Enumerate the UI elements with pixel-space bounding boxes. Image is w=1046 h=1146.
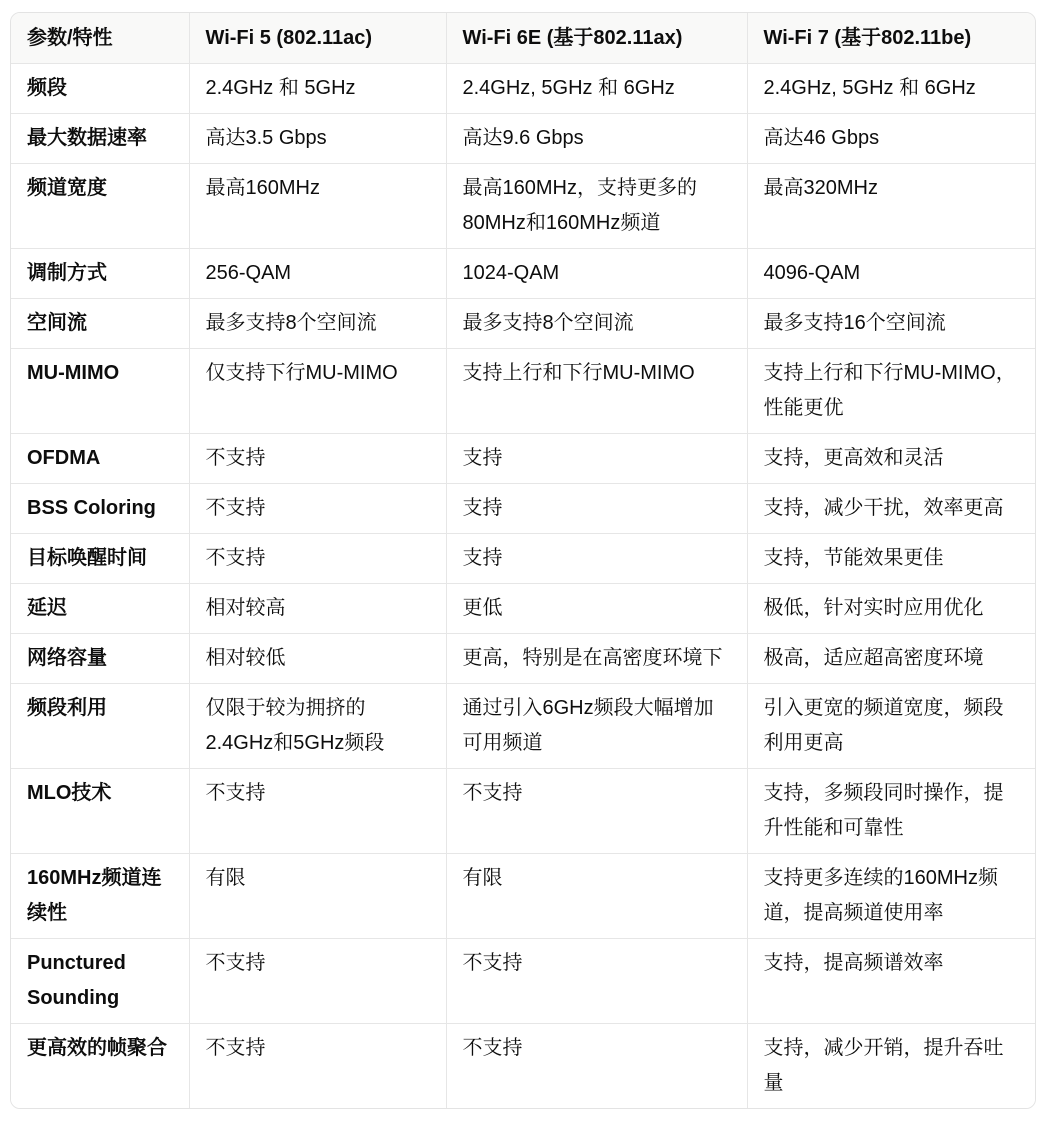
table-cell: 不支持 (189, 939, 446, 1024)
table-row: MU-MIMO仅支持下行MU-MIMO支持上行和下行MU-MIMO支持上行和下行… (11, 349, 1036, 434)
table-cell: 支持，更高效和灵活 (747, 434, 1036, 484)
table-cell: 高达46 Gbps (747, 114, 1036, 164)
row-header: 网络容量 (11, 634, 189, 684)
row-header: MLO技术 (11, 769, 189, 854)
table-row: 频道宽度最高160MHz最高160MHz，支持更多的80MHz和160MHz频道… (11, 164, 1036, 249)
table-row: 延迟相对较高更低极低，针对实时应用优化 (11, 584, 1036, 634)
row-header: OFDMA (11, 434, 189, 484)
table-cell: 最高160MHz (189, 164, 446, 249)
table-cell: 不支持 (446, 939, 747, 1024)
table-body: 频段2.4GHz 和 5GHz2.4GHz, 5GHz 和 6GHz2.4GHz… (11, 64, 1036, 1109)
table-cell: 仅支持下行MU-MIMO (189, 349, 446, 434)
table-cell: 极高，适应超高密度环境 (747, 634, 1036, 684)
table-cell: 最多支持8个空间流 (446, 299, 747, 349)
table-cell: 2.4GHz 和 5GHz (189, 64, 446, 114)
table-cell: 最高320MHz (747, 164, 1036, 249)
table-cell: 支持 (446, 484, 747, 534)
table-cell: 支持，多频段同时操作，提升性能和可靠性 (747, 769, 1036, 854)
table-cell: 256-QAM (189, 249, 446, 299)
table-row: MLO技术不支持不支持支持，多频段同时操作，提升性能和可靠性 (11, 769, 1036, 854)
table-cell: 2.4GHz, 5GHz 和 6GHz (747, 64, 1036, 114)
table-cell: 高达3.5 Gbps (189, 114, 446, 164)
row-header: 空间流 (11, 299, 189, 349)
table-row: 网络容量相对较低更高，特别是在高密度环境下极高，适应超高密度环境 (11, 634, 1036, 684)
row-header: 延迟 (11, 584, 189, 634)
table-cell: 2.4GHz, 5GHz 和 6GHz (446, 64, 747, 114)
table-cell: 最多支持8个空间流 (189, 299, 446, 349)
table-cell: 支持上行和下行MU-MIMO (446, 349, 747, 434)
table-cell: 相对较低 (189, 634, 446, 684)
table-cell: 不支持 (189, 769, 446, 854)
table-cell: 4096-QAM (747, 249, 1036, 299)
table-cell: 支持，提高频谱效率 (747, 939, 1036, 1024)
row-header: 更高效的帧聚合 (11, 1024, 189, 1109)
table-row: BSS Coloring不支持支持支持，减少干扰，效率更高 (11, 484, 1036, 534)
column-header: 参数/特性 (11, 13, 189, 64)
table-cell: 不支持 (189, 534, 446, 584)
table-cell: 最多支持16个空间流 (747, 299, 1036, 349)
wifi-comparison-table-container: 参数/特性Wi-Fi 5 (802.11ac)Wi-Fi 6E (基于802.1… (10, 12, 1036, 1109)
table-row: Punctured Sounding不支持不支持支持，提高频谱效率 (11, 939, 1036, 1024)
header-row: 参数/特性Wi-Fi 5 (802.11ac)Wi-Fi 6E (基于802.1… (11, 13, 1036, 64)
row-header: 频段 (11, 64, 189, 114)
table-header: 参数/特性Wi-Fi 5 (802.11ac)Wi-Fi 6E (基于802.1… (11, 13, 1036, 64)
table-row: 160MHz频道连续性有限有限支持更多连续的160MHz频道，提高频道使用率 (11, 854, 1036, 939)
row-header: 160MHz频道连续性 (11, 854, 189, 939)
table-cell: 不支持 (446, 1024, 747, 1109)
row-header: Punctured Sounding (11, 939, 189, 1024)
table-row: 目标唤醒时间不支持支持支持，节能效果更佳 (11, 534, 1036, 584)
column-header: Wi-Fi 5 (802.11ac) (189, 13, 446, 64)
table-cell: 不支持 (446, 769, 747, 854)
table-row: 频段利用仅限于较为拥挤的2.4GHz和5GHz频段通过引入6GHz频段大幅增加可… (11, 684, 1036, 769)
table-cell: 仅限于较为拥挤的2.4GHz和5GHz频段 (189, 684, 446, 769)
column-header: Wi-Fi 7 (基于802.11be) (747, 13, 1036, 64)
table-cell: 支持，减少干扰，效率更高 (747, 484, 1036, 534)
table-row: 最大数据速率高达3.5 Gbps高达9.6 Gbps高达46 Gbps (11, 114, 1036, 164)
row-header: 频道宽度 (11, 164, 189, 249)
table-cell: 有限 (189, 854, 446, 939)
table-cell: 1024-QAM (446, 249, 747, 299)
table-row: OFDMA不支持支持支持，更高效和灵活 (11, 434, 1036, 484)
table-cell: 不支持 (189, 1024, 446, 1109)
table-cell: 最高160MHz，支持更多的80MHz和160MHz频道 (446, 164, 747, 249)
row-header: 最大数据速率 (11, 114, 189, 164)
wifi-comparison-table: 参数/特性Wi-Fi 5 (802.11ac)Wi-Fi 6E (基于802.1… (11, 13, 1036, 1108)
table-row: 空间流最多支持8个空间流最多支持8个空间流最多支持16个空间流 (11, 299, 1036, 349)
table-cell: 更低 (446, 584, 747, 634)
page: 参数/特性Wi-Fi 5 (802.11ac)Wi-Fi 6E (基于802.1… (0, 0, 1046, 1146)
table-cell: 支持 (446, 534, 747, 584)
table-cell: 支持，减少开销，提升吞吐量 (747, 1024, 1036, 1109)
table-cell: 极低，针对实时应用优化 (747, 584, 1036, 634)
table-cell: 不支持 (189, 434, 446, 484)
table-cell: 高达9.6 Gbps (446, 114, 747, 164)
row-header: MU-MIMO (11, 349, 189, 434)
table-cell: 有限 (446, 854, 747, 939)
row-header: 频段利用 (11, 684, 189, 769)
row-header: 调制方式 (11, 249, 189, 299)
table-cell: 通过引入6GHz频段大幅增加可用频道 (446, 684, 747, 769)
column-header: Wi-Fi 6E (基于802.11ax) (446, 13, 747, 64)
table-cell: 支持上行和下行MU-MIMO，性能更优 (747, 349, 1036, 434)
table-cell: 引入更宽的频道宽度，频段利用更高 (747, 684, 1036, 769)
table-row: 更高效的帧聚合不支持不支持支持，减少开销，提升吞吐量 (11, 1024, 1036, 1109)
table-cell: 支持，节能效果更佳 (747, 534, 1036, 584)
table-cell: 更高，特别是在高密度环境下 (446, 634, 747, 684)
row-header: 目标唤醒时间 (11, 534, 189, 584)
table-row: 调制方式256-QAM1024-QAM4096-QAM (11, 249, 1036, 299)
table-row: 频段2.4GHz 和 5GHz2.4GHz, 5GHz 和 6GHz2.4GHz… (11, 64, 1036, 114)
table-cell: 不支持 (189, 484, 446, 534)
row-header: BSS Coloring (11, 484, 189, 534)
table-cell: 相对较高 (189, 584, 446, 634)
table-cell: 支持更多连续的160MHz频道，提高频道使用率 (747, 854, 1036, 939)
table-cell: 支持 (446, 434, 747, 484)
